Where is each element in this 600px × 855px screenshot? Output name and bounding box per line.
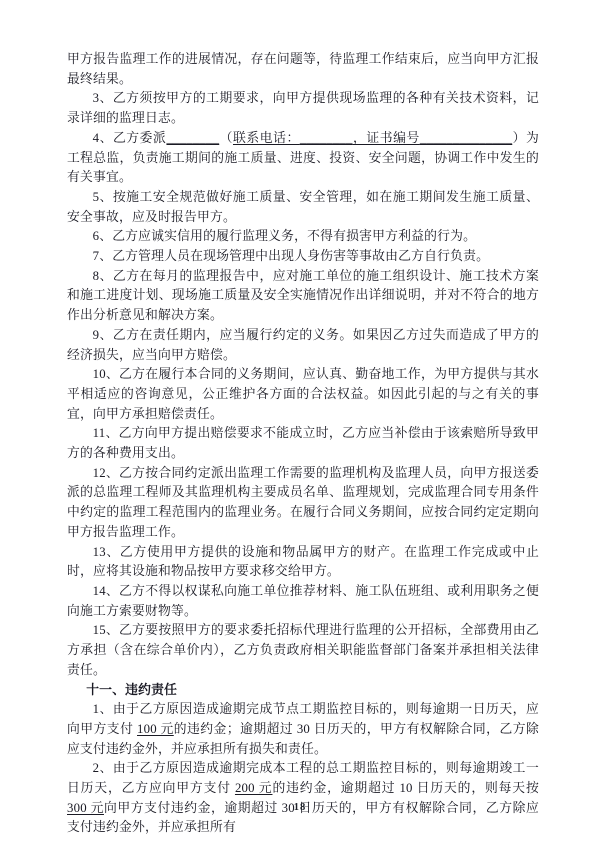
paragraph: 7、乙方管理人员在现场管理中出现人身伤害等事故由乙方自行负责。 — [67, 247, 539, 267]
text-segment: 十一、违约责任 — [86, 683, 177, 697]
paragraph: 12、乙方按合同约定派出监理工作需要的监理机构及监理人员，向甲方报送委派的总监理… — [67, 464, 539, 543]
paragraph: 2、由于乙方原因造成逾期完成本工程的总工期监控目标的，则每逾期竣工一日历天，乙方… — [67, 759, 539, 838]
text-segment: 15、乙方要按照甲方的要求委托招标代理进行监理的公开招标，全部费用由乙方承担（含… — [67, 623, 539, 676]
text-segment: 3、乙方须按甲方的工期要求，向甲方提供现场监理的各种有关技术资料，记录详细的监理… — [67, 91, 539, 125]
text-segment: 12、乙方按合同约定派出监理工作需要的监理机构及监理人员，向甲方报送委派的总监理… — [67, 466, 539, 539]
underlined-text: ________ — [166, 131, 219, 145]
paragraph: 4、乙方委派________（联系电话：________，证书编号_______… — [67, 129, 539, 188]
paragraph: 8、乙方在每月的监理报告中，应对施工单位的施工组织设计、施工技术方案和施工进度计… — [67, 267, 539, 326]
text-segment: 9、乙方在责任期内，应当履行约定的义务。如果因乙方过失而造成了甲方的经济损失，应… — [67, 328, 539, 362]
text-segment: 甲方报告监理工作的进展情况，存在问题等，待监理工作结束后，应当向甲方汇报最终结果… — [67, 52, 539, 86]
paragraph: 1、由于乙方原因造成逾期完成节点工期监控目标的，则每逾期一日历天，应向甲方支付 … — [67, 700, 539, 759]
paragraph: 十一、违约责任 — [67, 681, 539, 701]
text-segment: （ — [219, 131, 233, 145]
paragraph: 13、乙方使用甲方提供的设施和物品属甲方的财产。在监理工作完成或中止时，应将其设… — [67, 543, 539, 582]
underlined-text: ，证书编号 — [353, 131, 420, 145]
underlined-text: 100 元 — [137, 722, 174, 736]
paragraph: 11、乙方向甲方提出赔偿要求不能成立时，乙方应当补偿由于该索赔所导致甲方的各种费… — [67, 424, 539, 463]
text-segment: 14、乙方不得以权谋私向施工单位推荐材料、施工队伍班组、或利用职务之便向施工方索… — [67, 584, 539, 618]
text-segment: 8、乙方在每月的监理报告中，应对施工单位的施工组织设计、施工技术方案和施工进度计… — [67, 269, 539, 322]
paragraph: 9、乙方在责任期内，应当履行约定的义务。如果因乙方过失而造成了甲方的经济损失，应… — [67, 326, 539, 365]
paragraph: 15、乙方要按照甲方的要求委托招标代理进行监理的公开招标，全部费用由乙方承担（含… — [67, 621, 539, 680]
paragraph: 3、乙方须按甲方的工期要求，向甲方提供现场监理的各种有关技术资料，记录详细的监理… — [67, 89, 539, 128]
text-segment: 13、乙方使用甲方提供的设施和物品属甲方的财产。在监理工作完成或中止时，应将其设… — [67, 545, 539, 579]
document-page: 甲方报告监理工作的进展情况，存在问题等，待监理工作结束后，应当向甲方汇报最终结果… — [0, 0, 600, 855]
text-segment: 的违约金，逾期超过 10 日历天的，则每天按 — [272, 781, 539, 795]
underlined-text: 200 元 — [235, 781, 273, 795]
text-segment: 5、按施工安全规范做好施工质量、安全管理，如在施工期间发生施工质量、安全事故，应… — [67, 190, 539, 224]
text-segment: 4、乙方委派 — [93, 131, 167, 145]
paragraph: 5、按施工安全规范做好施工质量、安全管理，如在施工期间发生施工质量、安全事故，应… — [67, 188, 539, 227]
paragraph: 14、乙方不得以权谋私向施工单位推荐材料、施工队伍班组、或利用职务之便向施工方索… — [67, 582, 539, 621]
text-segment: 7、乙方管理人员在现场管理中出现人身伤害等事故由乙方自行负责。 — [93, 249, 490, 263]
paragraph: 甲方报告监理工作的进展情况，存在问题等，待监理工作结束后，应当向甲方汇报最终结果… — [67, 50, 539, 89]
underlined-text: ______________ — [420, 131, 512, 145]
underlined-text: 联系电话： — [233, 131, 300, 145]
text-segment: 10、乙方在履行本合同的义务期间，应认真、勤奋地工作，为甲方提供与其水平相适应的… — [67, 367, 539, 420]
text-segment: 6、乙方应诚实信用的履行监理义务，不得有损害甲方利益的行为。 — [93, 229, 477, 243]
document-body: 甲方报告监理工作的进展情况，存在问题等，待监理工作结束后，应当向甲方汇报最终结果… — [67, 50, 539, 838]
underlined-text: ________ — [300, 131, 353, 145]
text-segment: 11、乙方向甲方提出赔偿要求不能成立时，乙方应当补偿由于该索赔所导致甲方的各种费… — [67, 426, 539, 460]
page-number: 18 — [0, 802, 600, 813]
paragraph: 10、乙方在履行本合同的义务期间，应认真、勤奋地工作，为甲方提供与其水平相适应的… — [67, 365, 539, 424]
paragraph: 6、乙方应诚实信用的履行监理义务，不得有损害甲方利益的行为。 — [67, 227, 539, 247]
